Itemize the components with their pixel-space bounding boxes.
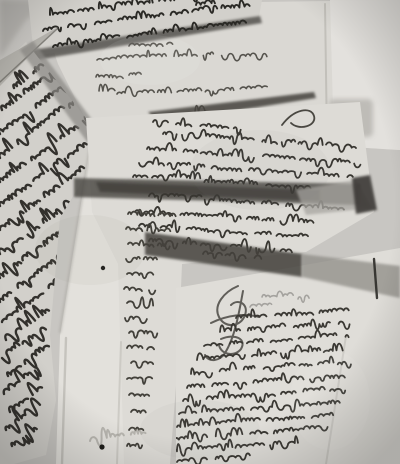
photo-canvas — [0, 0, 400, 464]
historic-manuscripts-photo — [0, 0, 400, 464]
photo-vignette — [0, 0, 400, 464]
